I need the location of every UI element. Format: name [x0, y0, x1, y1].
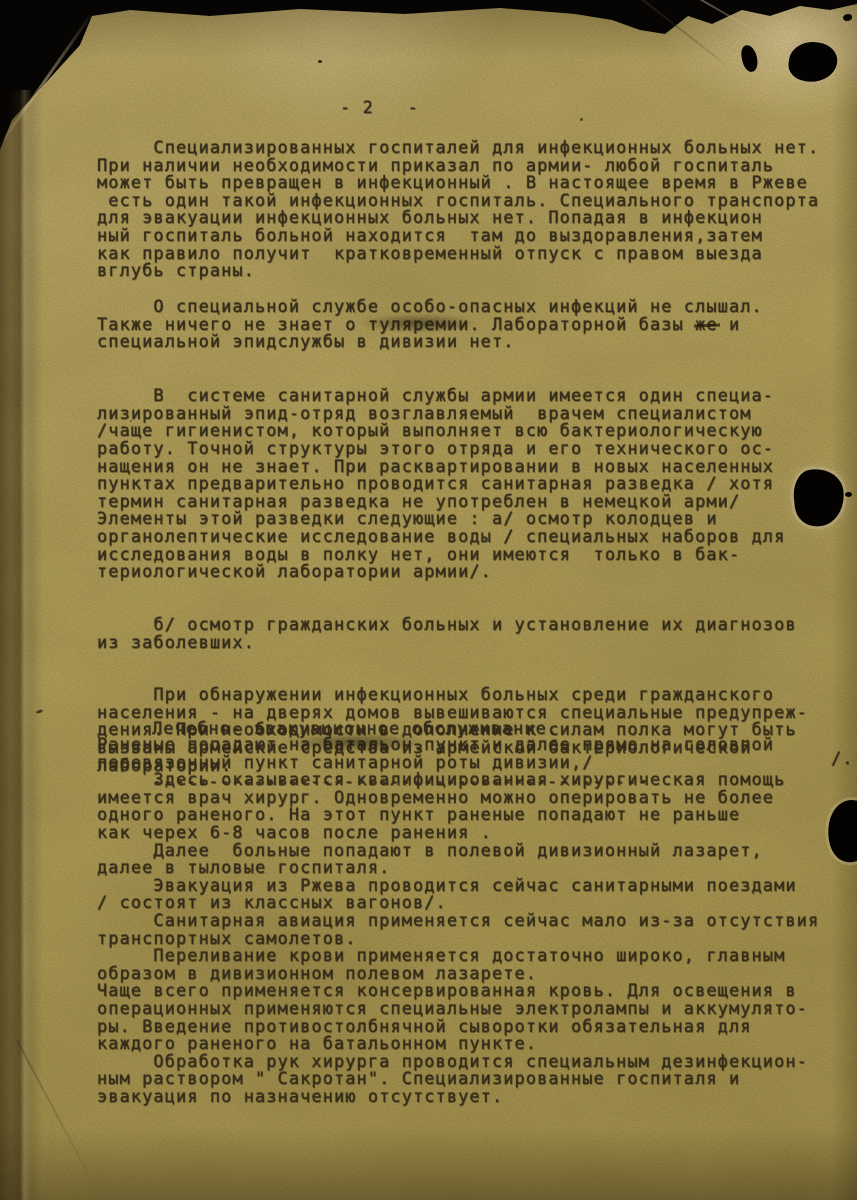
text-line: Санитарная авиация применяется сейчас ма…: [97, 913, 819, 931]
text-line: Раненые попадают на батальон.пункт и дал…: [97, 737, 819, 755]
document-scan-page: - 2 - Специализированных госпиталей для …: [0, 0, 857, 1200]
text-line: Специализированных госпиталей для инфекц…: [97, 140, 819, 158]
paper-hole: [845, 492, 852, 497]
text-line: как черех 6-8 часов после ранения .: [97, 825, 819, 843]
paragraph-item-b: б/ осмотр гражданских больных и установл…: [97, 617, 808, 652]
margin-annotation: /.: [831, 751, 854, 769]
text-line: работу. Точной структуры этого отряда и …: [97, 441, 808, 459]
page-number: - 2 -: [340, 100, 419, 118]
text-line: эвакуация по назначению отсутствует.: [97, 1089, 819, 1107]
paragraph-evacuation: Раненые попадают на батальон.пункт и дал…: [97, 737, 819, 1106]
text-line: териологической лаборатории армии/.: [97, 564, 808, 582]
ink-smudge: [358, 313, 478, 333]
paragraph-epid-detachment: В системе санитарной службы армии имеетс…: [97, 388, 808, 582]
paragraph-hospitals: Специализированных госпиталей для инфекц…: [97, 140, 819, 281]
text-line: из заболевших.: [97, 635, 808, 653]
typewritten-text-layer: - 2 - Специализированных госпиталей для …: [0, 0, 857, 1200]
text-line: специальной эпидслужбы в дивизии нет.: [97, 334, 763, 352]
ink-smudge: [280, 732, 430, 752]
text-line: вглубь страны.: [97, 263, 819, 281]
text-line: операционных применяются специальные эле…: [97, 1001, 819, 1019]
text-line: ный госпиталь больной находится там до в…: [97, 228, 819, 246]
text-line: органолептические исследование воды / сп…: [97, 529, 808, 547]
text-line: б/ осмотр гражданских больных и установл…: [97, 617, 808, 635]
